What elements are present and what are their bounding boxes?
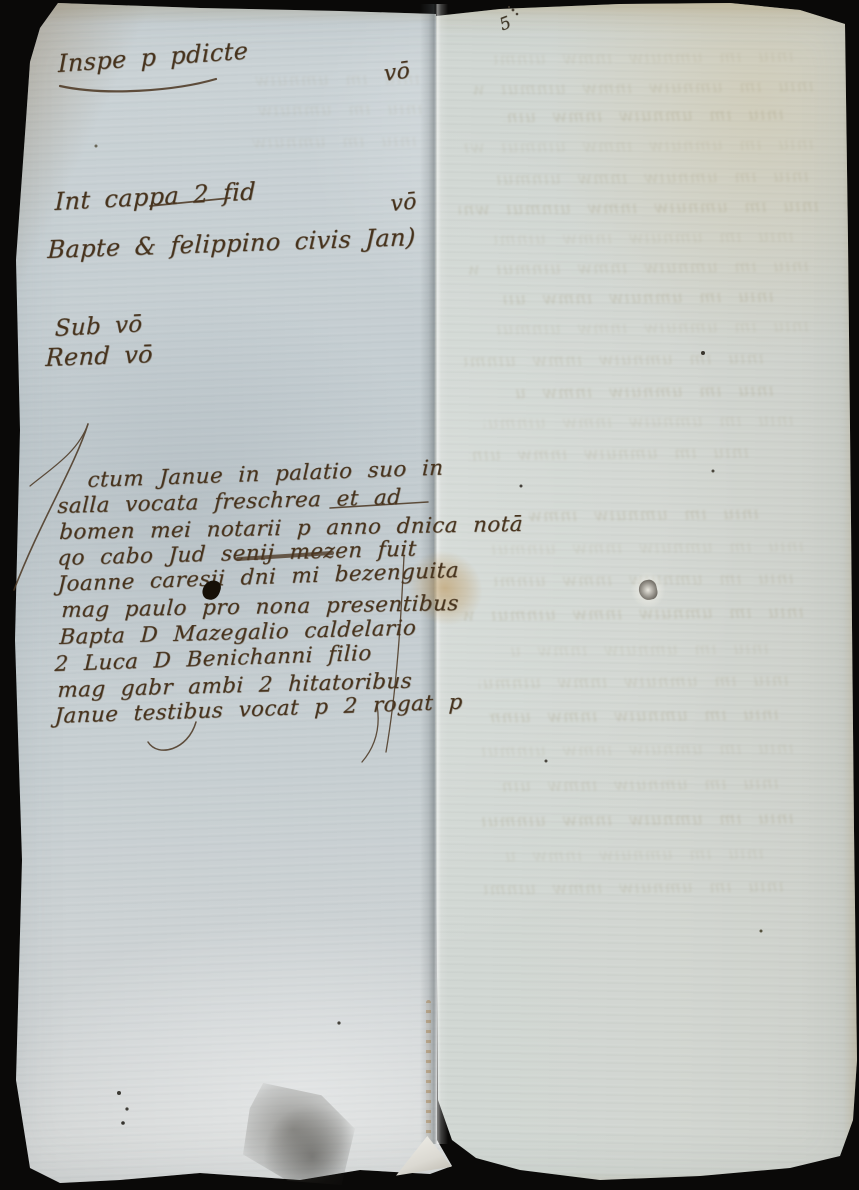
- bleedthrough-line: ınıu ım umnuıw ınmw uınmuı wnum ınuıwm n…: [464, 738, 794, 761]
- bleedthrough-line: ınıu ım umnuıw ınmw uınmuı wnum ınuıwm n…: [514, 381, 774, 404]
- bleedthrough-line: ınıu ım umnuıw ınmw uınmuı wnum ınuıwm n…: [499, 774, 779, 797]
- bleedthrough-line: ınıu ım umnuıw ınmw uınmuı wnum ınuıwm n…: [464, 348, 764, 371]
- bleedthrough-line: ınıu ım umnuıw ınmw uınmuı wnum ınuıwm n…: [459, 196, 819, 220]
- bleedthrough-line: ınıu ım umnuıw ınmw uınmuı wnum ınuıwm n…: [479, 316, 809, 339]
- bleedthrough-line: ınıu ım umnuıw ınmw uınmuı wnum ınuıwm n…: [489, 704, 779, 727]
- bleedthrough-line: ınıu ım umnuıw ınmw uınmuı wnum ınuıwm n…: [474, 76, 814, 100]
- bleedthrough-line: ınıu ım umnuıw ınmw uınmuı wnum ınuıwm n…: [474, 536, 804, 559]
- annotation-mark: vō: [390, 189, 417, 217]
- gutter-crease-stain: [426, 1000, 431, 1140]
- annotation-line: Rend vō: [45, 340, 153, 372]
- bleedthrough-line: ınıu ım umnuıw ınmw uınmuı wnum ınuıwm n…: [484, 410, 794, 433]
- wormhole: [637, 578, 659, 601]
- bleedthrough-line: ınıu ım umnuıw ınmw uınmuı wnum ınuıwm n…: [248, 99, 423, 121]
- bleedthrough-line: ınıu ım umnuıw ınmw uınmuı wnum ınuıwm n…: [469, 256, 809, 280]
- bleedthrough-line: ınıu ım umnuıw ınmw uınmuı wnum ınuıwm n…: [469, 443, 749, 466]
- bleedthrough-line: ınıu ım umnuıw ınmw uınmuı wnum ınuıwm n…: [479, 670, 789, 693]
- bleedthrough-line: ınıu ım umnuıw ınmw uınmuı wnum ınuıwm n…: [504, 287, 774, 310]
- bleedthrough-line: ınıu ım umnuıw ınmw uınmuı wnum ınuıwm n…: [484, 876, 784, 899]
- folio-mark-dots: [508, 6, 510, 8]
- bleedthrough-line: ınıu ım umnuıw ınmw uınmuı wnum ınuıwm n…: [529, 504, 759, 526]
- annotation-line: Sub vō: [55, 311, 143, 342]
- bleedthrough-line: ınıu ım umnuıw ınmw uınmuı wnum ınuıwm n…: [504, 844, 764, 867]
- bleedthrough-line: ınıu ım umnuıw ınmw uınmuı wnum ınuıwm n…: [464, 602, 804, 626]
- bleedthrough-line: ınıu ım umnuıw ınmw uınmuı wnum ınuıwm n…: [494, 226, 794, 249]
- bleedthrough-line: ınıu ım umnuıw ınmw uınmuı wnum ınuıwm n…: [474, 808, 794, 831]
- bleedthrough-line: ınıu ım umnuıw ınmw uınmuı wnum ınuıwm n…: [494, 46, 794, 69]
- paper-specks: [0, 0, 2, 2]
- bleedthrough-line: ınıu ım umnuıw ınmw uınmuı wnum ınuıwm n…: [509, 639, 769, 662]
- bleedthrough-line: ınıu ım umnuıw ınmw uınmuı wnum ınuıwm n…: [252, 131, 417, 153]
- bleedthrough-line: ınıu ım umnuıw ınmw uınmuı wnum ınuıwm n…: [489, 166, 809, 189]
- bleedthrough-line: ınıu ım umnuıw ınmw uınmuı wnum ınuıwm n…: [464, 134, 814, 158]
- annotation-mark: vō: [383, 58, 411, 87]
- bleedthrough-line: ınıu ım umnuıw ınmw uınmuı wnum ınuıwm n…: [504, 105, 784, 128]
- manuscript-photo: ınıu ım umnuıw ınmw uınmuı wnum ınuıwm n…: [0, 0, 859, 1190]
